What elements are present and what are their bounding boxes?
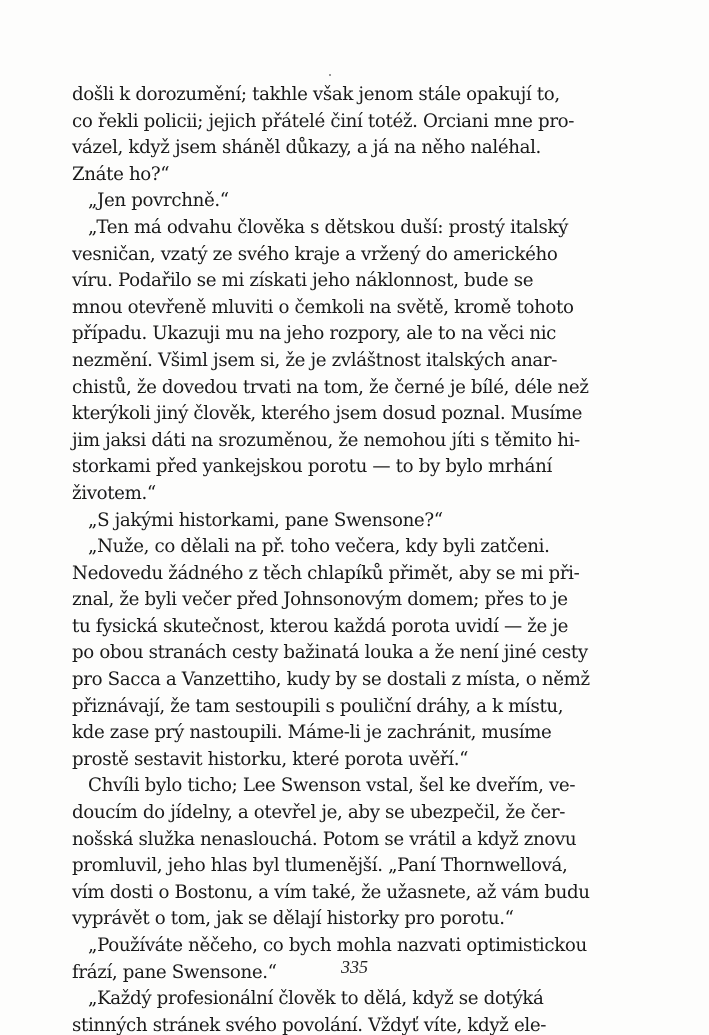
text-line: „Jen povrchně.“ (72, 188, 638, 215)
text-line: po obou stranách cesty bažinatá louka a … (72, 640, 638, 667)
text-line: pro Sacca a Vanzettiho, kudy by se dosta… (72, 667, 638, 694)
text-line: vesničan, vzatý ze svého kraje a vržený … (72, 242, 638, 269)
text-line: víru. Podařilo se mi získati jeho náklon… (72, 268, 638, 295)
text-line: jim jaksi dáti na srozuměnou, že nemohou… (72, 428, 638, 455)
text-line: vím dosti o Bostonu, a vím také, že užas… (72, 880, 638, 907)
text-line: mnou otevřeně mluviti o čemkoli na světě… (72, 295, 638, 322)
print-speck (329, 74, 331, 76)
book-page: došli k dorozumění; takhle však jenom st… (0, 0, 709, 1035)
text-line: tu fysická skutečnost, kterou každá poro… (72, 614, 638, 641)
text-line: „Ten má odvahu člověka s dětskou duší: p… (72, 215, 638, 242)
text-line: kterýkoli jiný člověk, kterého jsem dosu… (72, 401, 638, 428)
text-line: co řekli policii; jejich přátelé činí to… (72, 109, 638, 136)
text-line: „Používáte něčeho, co bych mohla nazvati… (72, 933, 638, 960)
text-line: Chvíli bylo ticho; Lee Swenson vstal, še… (72, 773, 638, 800)
text-line: storkami před yankejskou porotu — to by … (72, 454, 638, 481)
text-line: chistů, že dovedou trvati na tom, že čer… (72, 375, 638, 402)
text-line: vyprávět o tom, jak se dělají historky p… (72, 906, 638, 933)
text-line: přiznávají, že tam sestoupili s pouliční… (72, 694, 638, 721)
text-line: doucím do jídelny, a otevřel je, aby se … (72, 800, 638, 827)
text-line: „Každý profesionální člověk to dělá, kdy… (72, 986, 638, 1013)
text-line: případu. Ukazuji mu na jeho rozpory, ale… (72, 321, 638, 348)
body-text: došli k dorozumění; takhle však jenom st… (72, 82, 638, 1035)
text-line: „Nuže, co dělali na př. toho večera, kdy… (72, 534, 638, 561)
text-line: znal, že byli večer před Johnsonovým dom… (72, 587, 638, 614)
text-line: Nedovedu žádného z těch chlapíků přimět,… (72, 561, 638, 588)
text-line: došli k dorozumění; takhle však jenom st… (72, 82, 638, 109)
text-line: životem.“ (72, 481, 638, 508)
text-line: stinných stránek svého povolání. Vždyť v… (72, 1013, 638, 1035)
text-line: nošská služka nenaslouchá. Potom se vrát… (72, 827, 638, 854)
text-line: promluvil, jeho hlas byl tlumenější. „Pa… (72, 853, 638, 880)
page-number: 335 (0, 957, 709, 978)
text-line: vázel, když jsem sháněl důkazy, a já na … (72, 135, 638, 162)
text-line: kde zase prý nastoupili. Máme-li je zach… (72, 720, 638, 747)
text-line: „S jakými historkami, pane Swensone?“ (72, 508, 638, 535)
text-line: nezmění. Všiml jsem si, že je zvláštnost… (72, 348, 638, 375)
text-line: Znáte ho?“ (72, 162, 638, 189)
text-line: prostě sestavit historku, které porota u… (72, 747, 638, 774)
